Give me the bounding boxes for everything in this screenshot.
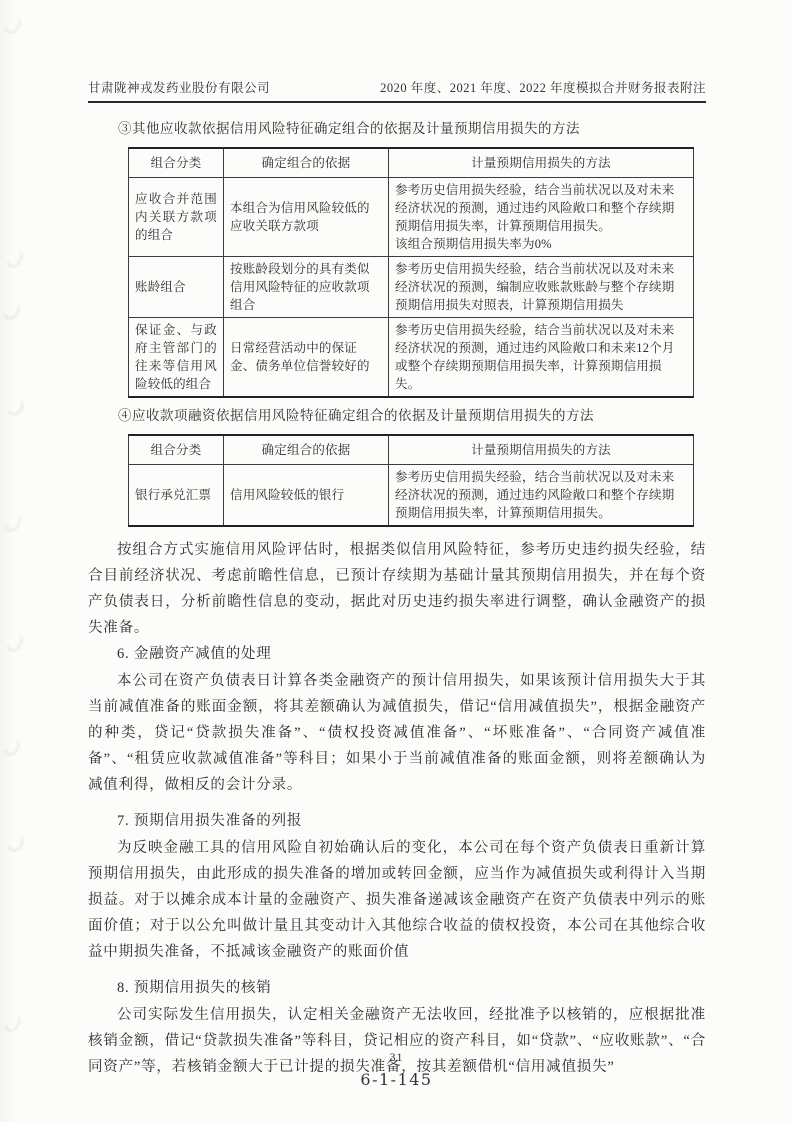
section7-body: 为反映金融工具的信用风险自初始确认后的变化，本公司在每个资产负债表日重新计算预期… (88, 835, 706, 965)
table-row: 银行承兑汇票 信用风险较低的银行 参考历史信用损失经验，结合当前状况以及对未来经… (129, 465, 694, 527)
table-row: 应收合并范围内关联方款项的组合 本组合为信用风险较低的应收关联方款项 参考历史信… (129, 178, 694, 257)
table-cell: 保证金、与政府主管部门的往来等信用风险较低的组合 (129, 318, 224, 398)
section8-body: 公司实际发生信用损失，认定相关金融资产无法收回，经批准予以核销的，应根据批准核销… (88, 1002, 706, 1080)
portfolio-assessment-paragraph: 按组合方式实施信用风险评估时，根据类似信用风险特征，参考历史违约损失经验，结合目… (88, 537, 706, 641)
table-header-cell: 确定组合的依据 (224, 435, 389, 465)
scan-smudge (3, 246, 25, 270)
scan-smudge (1, 1010, 23, 1034)
page-number: 31 (0, 1050, 793, 1065)
table-cell: 参考历史信用损失经验，结合当前状况以及对未来经济状况的预测，通过违约风险敞口和未… (389, 318, 694, 398)
scan-smudge (1, 12, 23, 36)
table-cell: 参考历史信用损失经验，结合当前状况以及对未来经济状况的预测，通过违约风险敞口和整… (389, 178, 694, 257)
table-cell: 参考历史信用损失经验，结合当前状况以及对未来经济状况的预测，编制应收账款账龄与整… (389, 257, 694, 318)
scan-smudge (0, 734, 22, 758)
table-cell: 银行承兑汇票 (129, 465, 224, 527)
section6-heading: 6. 金融资产减值的处理 (88, 641, 706, 668)
section6-body: 本公司在资产负债表日计算各类金融资产的预计信用损失，如果该预计信用损失大于其当前… (88, 668, 706, 798)
table-header-row: 组合分类 确定组合的依据 计量预期信用损失的方法 (129, 148, 694, 178)
table-cell: 参考历史信用损失经验，结合当前状况以及对未来经济状况的预测，通过违约风险敞口和整… (389, 465, 694, 527)
other-receivables-portfolio-table: 组合分类 确定组合的依据 计量预期信用损失的方法 应收合并范围内关联方款项的组合… (128, 147, 694, 398)
table-cell: 信用风险较低的银行 (224, 465, 389, 527)
table-header-cell: 计量预期信用损失的方法 (389, 435, 694, 465)
section8-heading: 8. 预期信用损失的核销 (88, 975, 706, 1002)
section7-heading: 7. 预期信用损失准备的列报 (88, 808, 706, 835)
section4-heading: ④应收款项融资依据信用风险特征确定组合的依据及计量预期信用损失的方法 (88, 406, 706, 426)
report-title: 2020 年度、2021 年度、2022 年度模拟合并财务报表附注 (380, 78, 706, 96)
table-header-cell: 组合分类 (129, 148, 224, 178)
table-header-row: 组合分类 确定组合的依据 计量预期信用损失的方法 (129, 435, 694, 465)
table-cell: 本组合为信用风险较低的应收关联方款项 (224, 178, 389, 257)
scan-smudge (4, 394, 26, 418)
company-name: 甘肃陇神戎发药业股份有限公司 (88, 78, 270, 96)
table-row: 保证金、与政府主管部门的往来等信用风险较低的组合 日常经营活动中的保证金、债务单… (129, 318, 694, 398)
receivables-financing-portfolio-table: 组合分类 确定组合的依据 计量预期信用损失的方法 银行承兑汇票 信用风险较低的银… (128, 434, 694, 527)
scanned-document-page: 甘肃陇神戎发药业股份有限公司 2020 年度、2021 年度、2022 年度模拟… (0, 0, 793, 1122)
section3-heading: ③其他应收款依据信用风险特征确定组合的依据及计量预期信用损失的方法 (88, 119, 706, 139)
document-content: 甘肃陇神戎发药业股份有限公司 2020 年度、2021 年度、2022 年度模拟… (88, 78, 706, 1080)
table-cell: 按账龄段划分的具有类似信用风险特征的应收款项组合 (224, 257, 389, 318)
scan-smudge (0, 298, 22, 322)
scan-smudge (1, 510, 23, 534)
table-cell: 应收合并范围内关联方款项的组合 (129, 178, 224, 257)
scan-smudge (3, 630, 25, 654)
table-header-cell: 组合分类 (129, 435, 224, 465)
scan-smudge (4, 830, 26, 854)
table-header-cell: 计量预期信用损失的方法 (389, 148, 694, 178)
table-row: 账龄组合 按账龄段划分的具有类似信用风险特征的应收款项组合 参考历史信用损失经验… (129, 257, 694, 318)
document-number: 6-1-145 (0, 1070, 793, 1089)
table-cell: 日常经营活动中的保证金、债务单位信誉较好的 (224, 318, 389, 398)
page-header: 甘肃陇神戎发药业股份有限公司 2020 年度、2021 年度、2022 年度模拟… (88, 78, 706, 103)
table-header-cell: 确定组合的依据 (224, 148, 389, 178)
table-cell: 账龄组合 (129, 257, 224, 318)
